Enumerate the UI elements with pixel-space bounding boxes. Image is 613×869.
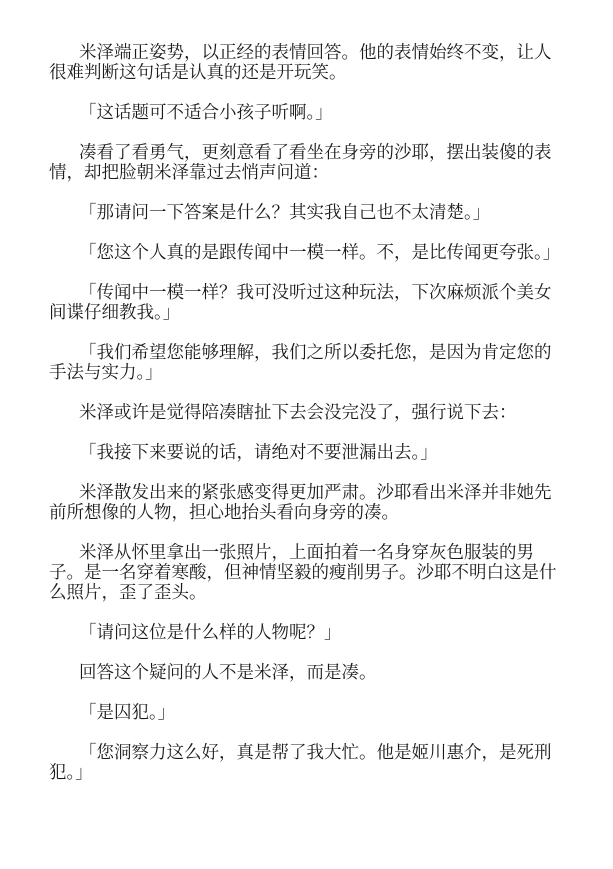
- paragraph-dialogue: 「您洞察力这么好，真是帮了我大忙。他是姬川惠介，是死刑犯。」: [49, 742, 564, 782]
- paragraph-dialogue: 「我接下来要说的话，请绝对不要泄漏出去。」: [49, 442, 564, 462]
- paragraph: 米泽从怀里拿出一张照片，上面拍着一名身穿灰色服装的男子。是一名穿着寒酸，但神情坚…: [49, 542, 564, 602]
- paragraph: 米泽散发出来的紧张感变得更加严肃。沙耶看出米泽并非她先前所想像的人物，担心地抬头…: [49, 482, 564, 522]
- paragraph: 凑看了看勇气，更刻意看了看坐在身旁的沙耶，摆出装傻的表情，却把脸朝米泽靠过去悄声…: [49, 142, 564, 182]
- paragraph-dialogue: 「传闻中一模一样？我可没听过这种玩法，下次麻烦派个美女间谍仔细教我。」: [49, 282, 564, 322]
- paragraph: 回答这个疑问的人不是米泽，而是凑。: [49, 662, 564, 682]
- paragraph-dialogue: 「我们希望您能够理解，我们之所以委托您，是因为肯定您的手法与实力。」: [49, 342, 564, 382]
- paragraph-dialogue: 「您这个人真的是跟传闻中一模一样。不，是比传闻更夸张。」: [49, 242, 564, 262]
- paragraph-dialogue: 「这话题可不适合小孩子听啊。」: [49, 102, 564, 122]
- paragraph-dialogue: 「那请问一下答案是什么？其实我自己也不太清楚。」: [49, 202, 564, 222]
- paragraph: 米泽或许是觉得陪凑瞎扯下去会没完没了，强行说下去：: [49, 402, 564, 422]
- novel-page: 米泽端正姿势，以正经的表情回答。他的表情始终不变，让人很难判断这句话是认真的还是…: [0, 0, 613, 869]
- paragraph-dialogue: 「是囚犯。」: [49, 702, 564, 722]
- paragraph-dialogue: 「请问这位是什么样的人物呢？」: [49, 622, 564, 642]
- paragraph: 米泽端正姿势，以正经的表情回答。他的表情始终不变，让人很难判断这句话是认真的还是…: [49, 42, 564, 82]
